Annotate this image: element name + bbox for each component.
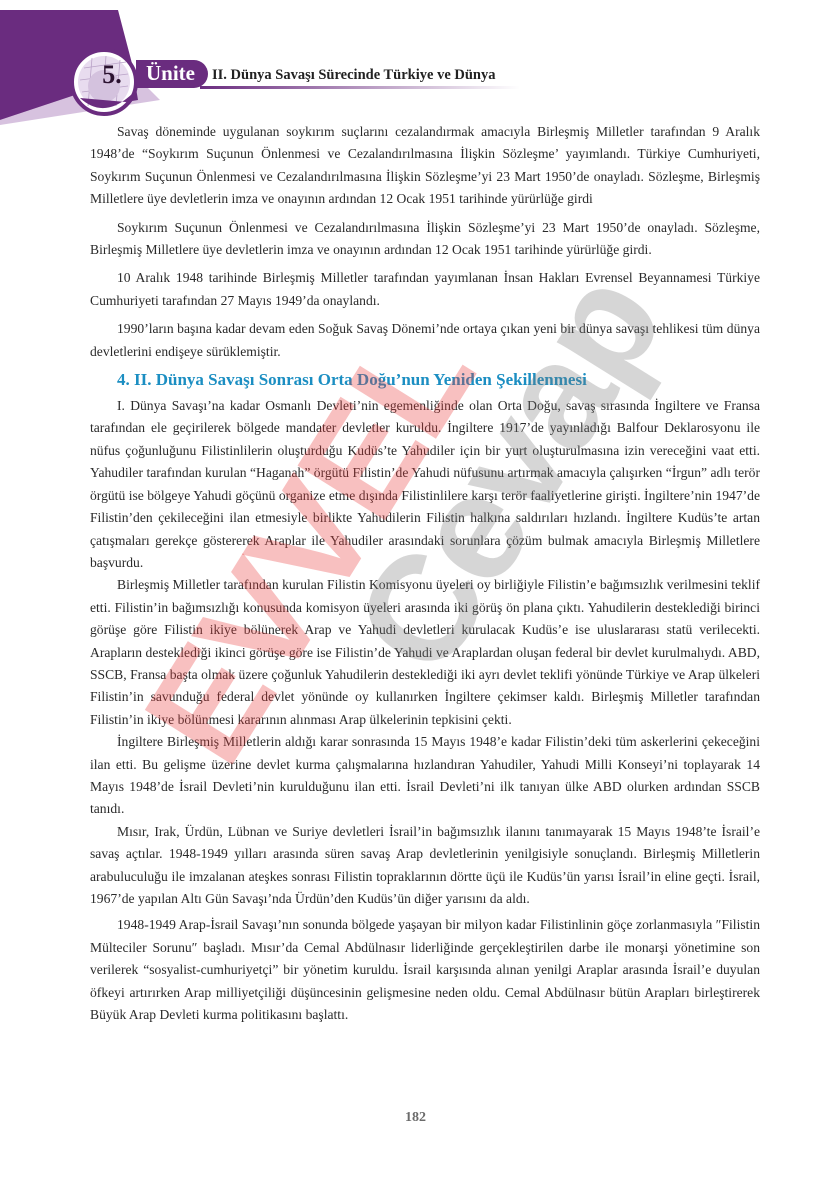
paragraph: 1990’ların başına kadar devam eden Soğuk…	[90, 318, 760, 363]
paragraph: I. Dünya Savaşı’na kadar Osmanlı Devleti…	[90, 395, 760, 574]
unit-label: Ünite	[146, 61, 195, 86]
page-content: Savaş döneminde uygulanan soykırım suçla…	[90, 121, 760, 1026]
unit-number: 5.	[92, 60, 132, 90]
paragraph: 10 Aralık 1948 tarihinde Birleşmiş Mille…	[90, 267, 760, 312]
page-number: 182	[0, 1110, 831, 1126]
paragraph: Mısır, Irak, Ürdün, Lübnan ve Suriye dev…	[90, 821, 760, 911]
unit-title: II. Dünya Savaşı Sürecinde Türkiye ve Dü…	[212, 67, 496, 84]
paragraph: Savaş döneminde uygulanan soykırım suçla…	[90, 121, 760, 211]
paragraph: Birleşmiş Milletler tarafından kurulan F…	[90, 574, 760, 731]
section-heading: 4. II. Dünya Savaşı Sonrası Orta Doğu’nu…	[90, 369, 760, 391]
paragraph: İngiltere Birleşmiş Milletlerin aldığı k…	[90, 731, 760, 821]
paragraph: Soykırım Suçunun Önlenmesi ve Cezalandır…	[90, 217, 760, 262]
paragraph: 1948-1949 Arap-İsrail Savaşı’nın sonunda…	[90, 914, 760, 1026]
unit-title-underline	[200, 86, 520, 89]
